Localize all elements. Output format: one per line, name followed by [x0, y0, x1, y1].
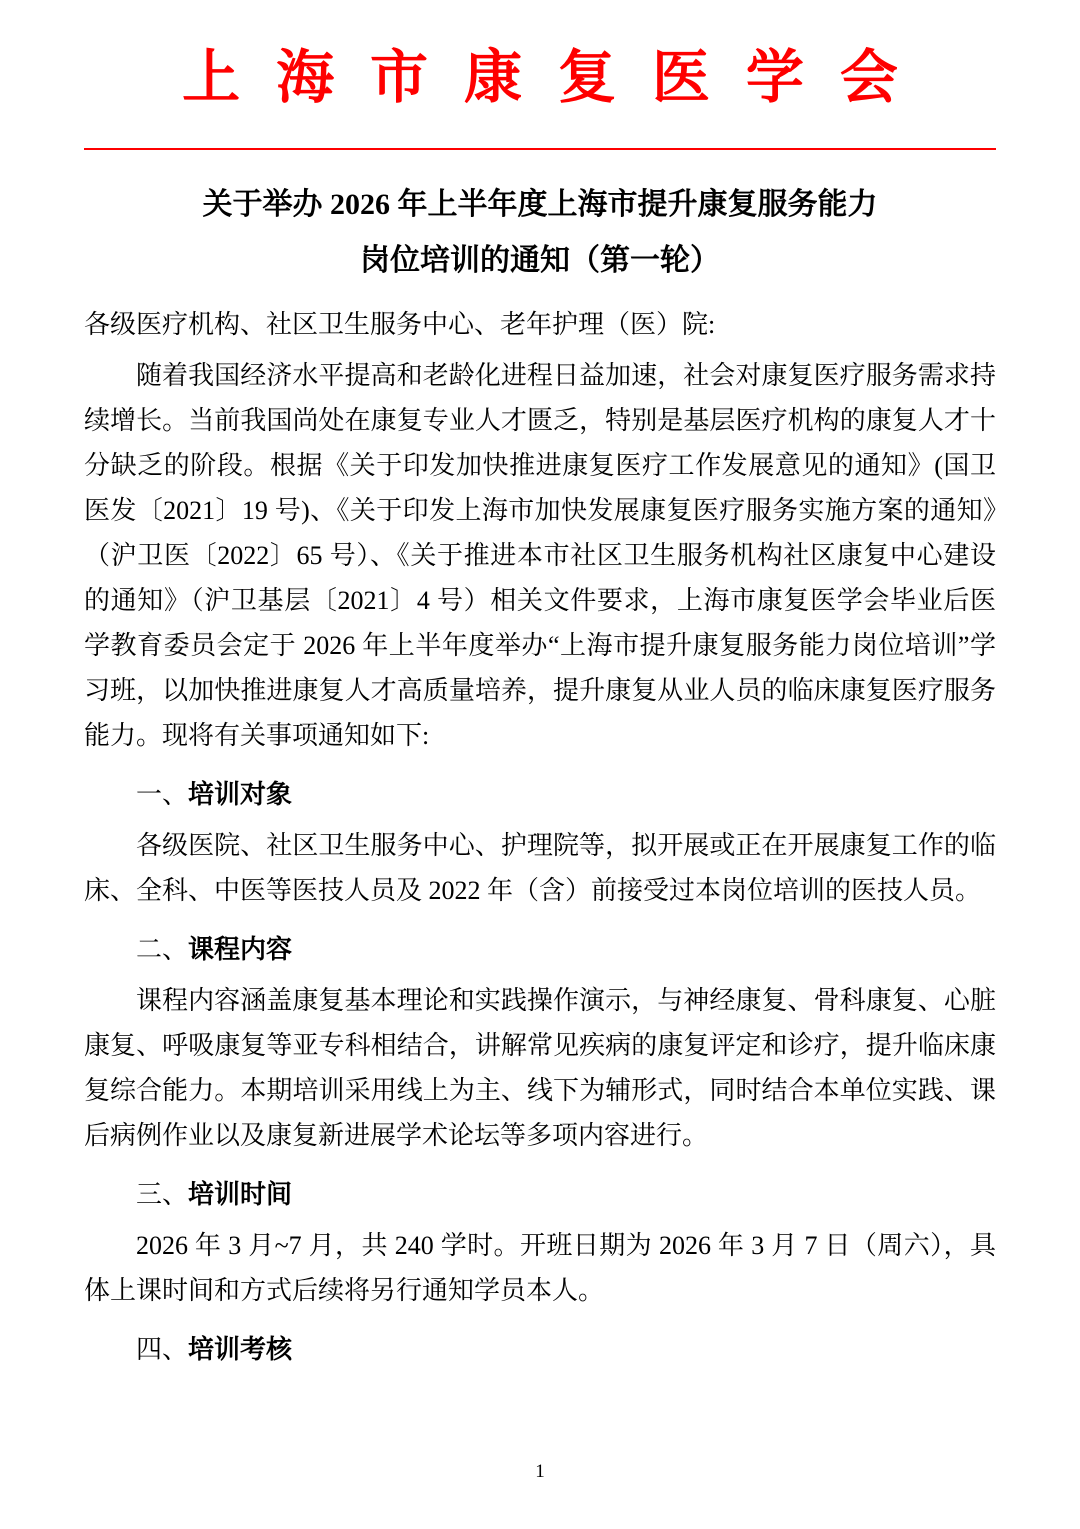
section-2-title: 课程内容	[188, 934, 292, 964]
intro-paragraph: 随着我国经济水平提高和老龄化进程日益加速，社会对康复医疗服务需求持续增长。当前我…	[84, 353, 996, 758]
section-4-number: 四、	[136, 1335, 188, 1364]
section-heading-4: 四、培训考核	[84, 1327, 996, 1372]
section-3-title: 培训时间	[188, 1179, 292, 1209]
section-heading-1: 一、培训对象	[84, 772, 996, 817]
section-1-paragraph: 各级医院、社区卫生服务中心、护理院等，拟开展或正在开展康复工作的临床、全科、中医…	[84, 823, 996, 913]
section-2-number: 二、	[136, 935, 188, 964]
section-2-paragraph: 课程内容涵盖康复基本理论和实践操作演示，与神经康复、骨科康复、心脏康复、呼吸康复…	[84, 978, 996, 1158]
document-page: 上海市康复医学会 关于举办 2026 年上半年度上海市提升康复服务能力 岗位培训…	[0, 0, 1080, 1529]
section-heading-3: 三、培训时间	[84, 1172, 996, 1217]
section-heading-2: 二、课程内容	[84, 927, 996, 972]
header-divider-rule	[84, 148, 996, 150]
section-1-number: 一、	[136, 780, 188, 809]
section-3-paragraph: 2026 年 3 月~7 月，共 240 学时。开班日期为 2026 年 3 月…	[84, 1223, 996, 1313]
org-header-title: 上海市康复医学会	[84, 46, 996, 110]
section-1-title: 培训对象	[188, 779, 292, 809]
salutation-line: 各级医疗机构、社区卫生服务中心、老年护理（医）院:	[84, 302, 996, 347]
doc-title-line2: 岗位培训的通知（第一轮）	[84, 236, 996, 286]
section-4-title: 培训考核	[188, 1334, 292, 1364]
doc-title-line1: 关于举办 2026 年上半年度上海市提升康复服务能力	[84, 180, 996, 230]
section-3-number: 三、	[136, 1180, 188, 1209]
page-number: 1	[0, 1461, 1080, 1483]
doc-title: 关于举办 2026 年上半年度上海市提升康复服务能力 岗位培训的通知（第一轮）	[84, 180, 996, 286]
